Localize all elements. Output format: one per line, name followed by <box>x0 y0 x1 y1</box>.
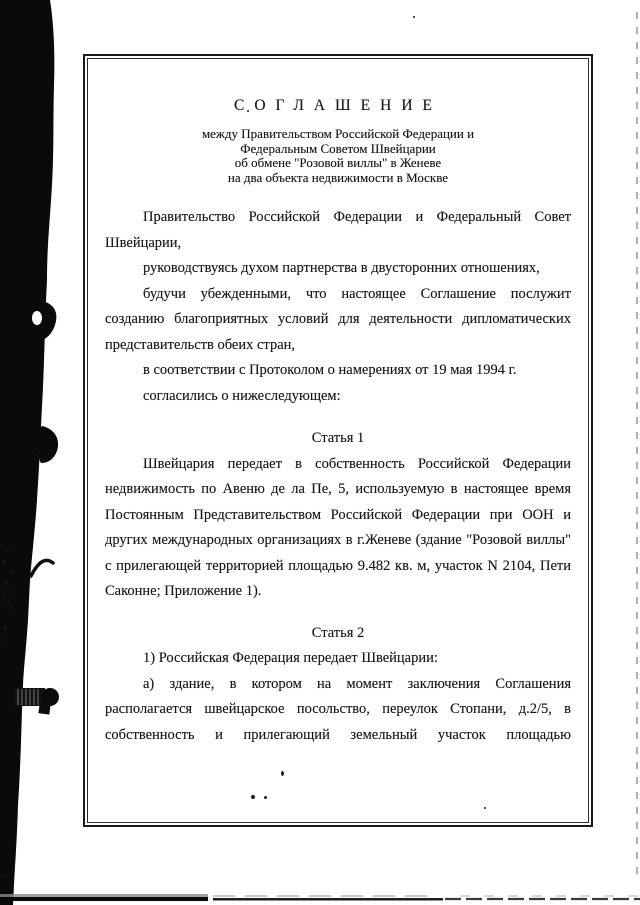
preamble-paragraph: согласились о нижеследующем: <box>105 384 571 410</box>
agreement-title: СОГЛАШЕНИЕ <box>105 96 571 116</box>
binder-ring-shape <box>40 426 59 463</box>
toner-speck <box>413 16 415 18</box>
agreement-subtitle: между Правительством Российской Федераци… <box>105 127 571 185</box>
preamble-paragraph: руководствуясь духом партнерства в двуст… <box>105 256 571 282</box>
article-paragraph: 1) Российская Федерация передает Швейцар… <box>105 646 571 672</box>
crescent-mark <box>31 560 53 576</box>
preamble-paragraph: в соответствии с Протоколом о намерениях… <box>105 358 571 384</box>
article-paragraph: Швейцария передает в собственность Росси… <box>105 452 571 605</box>
subtitle-line: на два объекта недвижимости в Москве <box>105 171 571 186</box>
article-heading: Статья 2 <box>105 621 571 647</box>
preamble-paragraph: будучи убежденными, что настоящее Соглаш… <box>105 282 571 359</box>
right-edge-scan-line <box>636 12 638 874</box>
toner-speck <box>251 795 255 799</box>
preamble-paragraph: Правительство Российской Федерации и Фед… <box>105 205 571 256</box>
subtitle-line: Федеральным Советом Швейцарии <box>105 142 571 157</box>
binding-scan-artifact <box>0 0 70 905</box>
toner-speck <box>484 807 486 809</box>
bottom-scan-streak <box>0 891 640 905</box>
toner-speck <box>281 771 284 776</box>
article-paragraph: а) здание, в котором на момент заключени… <box>105 672 571 749</box>
toner-speck <box>264 796 267 799</box>
scanned-page: СОГЛАШЕНИЕ между Правительством Российск… <box>0 0 640 905</box>
subtitle-line: об обмене "Розовой виллы" в Женеве <box>105 156 571 171</box>
article-heading: Статья 1 <box>105 426 571 452</box>
toner-speck <box>247 110 249 112</box>
subtitle-line: между Правительством Российской Федераци… <box>105 127 571 142</box>
document-body: СОГЛАШЕНИЕ между Правительством Российск… <box>105 54 571 748</box>
